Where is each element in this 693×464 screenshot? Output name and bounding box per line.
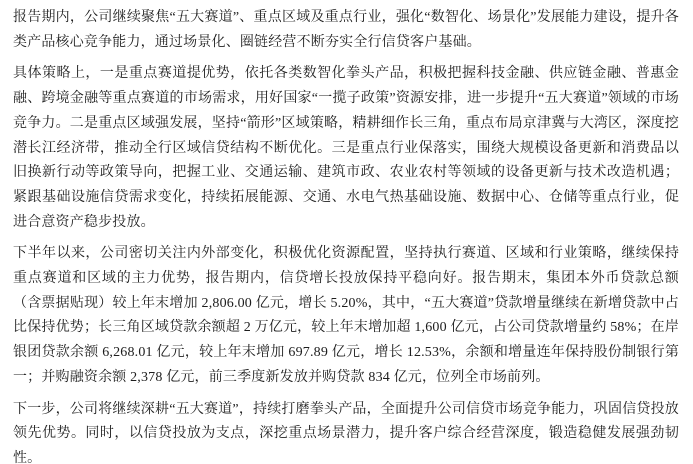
paragraph-results-figures: 下半年以来，公司密切关注内外部变化，积极优化资源配置，坚持执行赛道、区域和行业策… — [13, 242, 679, 390]
paragraph-credit-overview: 报告期内，公司继续聚焦“五大赛道”、重点区域及重点行业，强化“数智化、场景化”发… — [13, 6, 679, 55]
paragraph-next-steps: 下一步，公司将继续深耕“五大赛道”，持续打磨拳头产品，全面提升公司信贷市场竞争能… — [13, 398, 679, 464]
report-page: 报告期内，公司继续聚焦“五大赛道”、重点区域及重点行业，强化“数智化、场景化”发… — [0, 0, 693, 464]
paragraph-strategy-details: 具体策略上，一是重点赛道提优势，依托各类数智化拳头产品，积极把握科技金融、供应链… — [13, 62, 679, 235]
